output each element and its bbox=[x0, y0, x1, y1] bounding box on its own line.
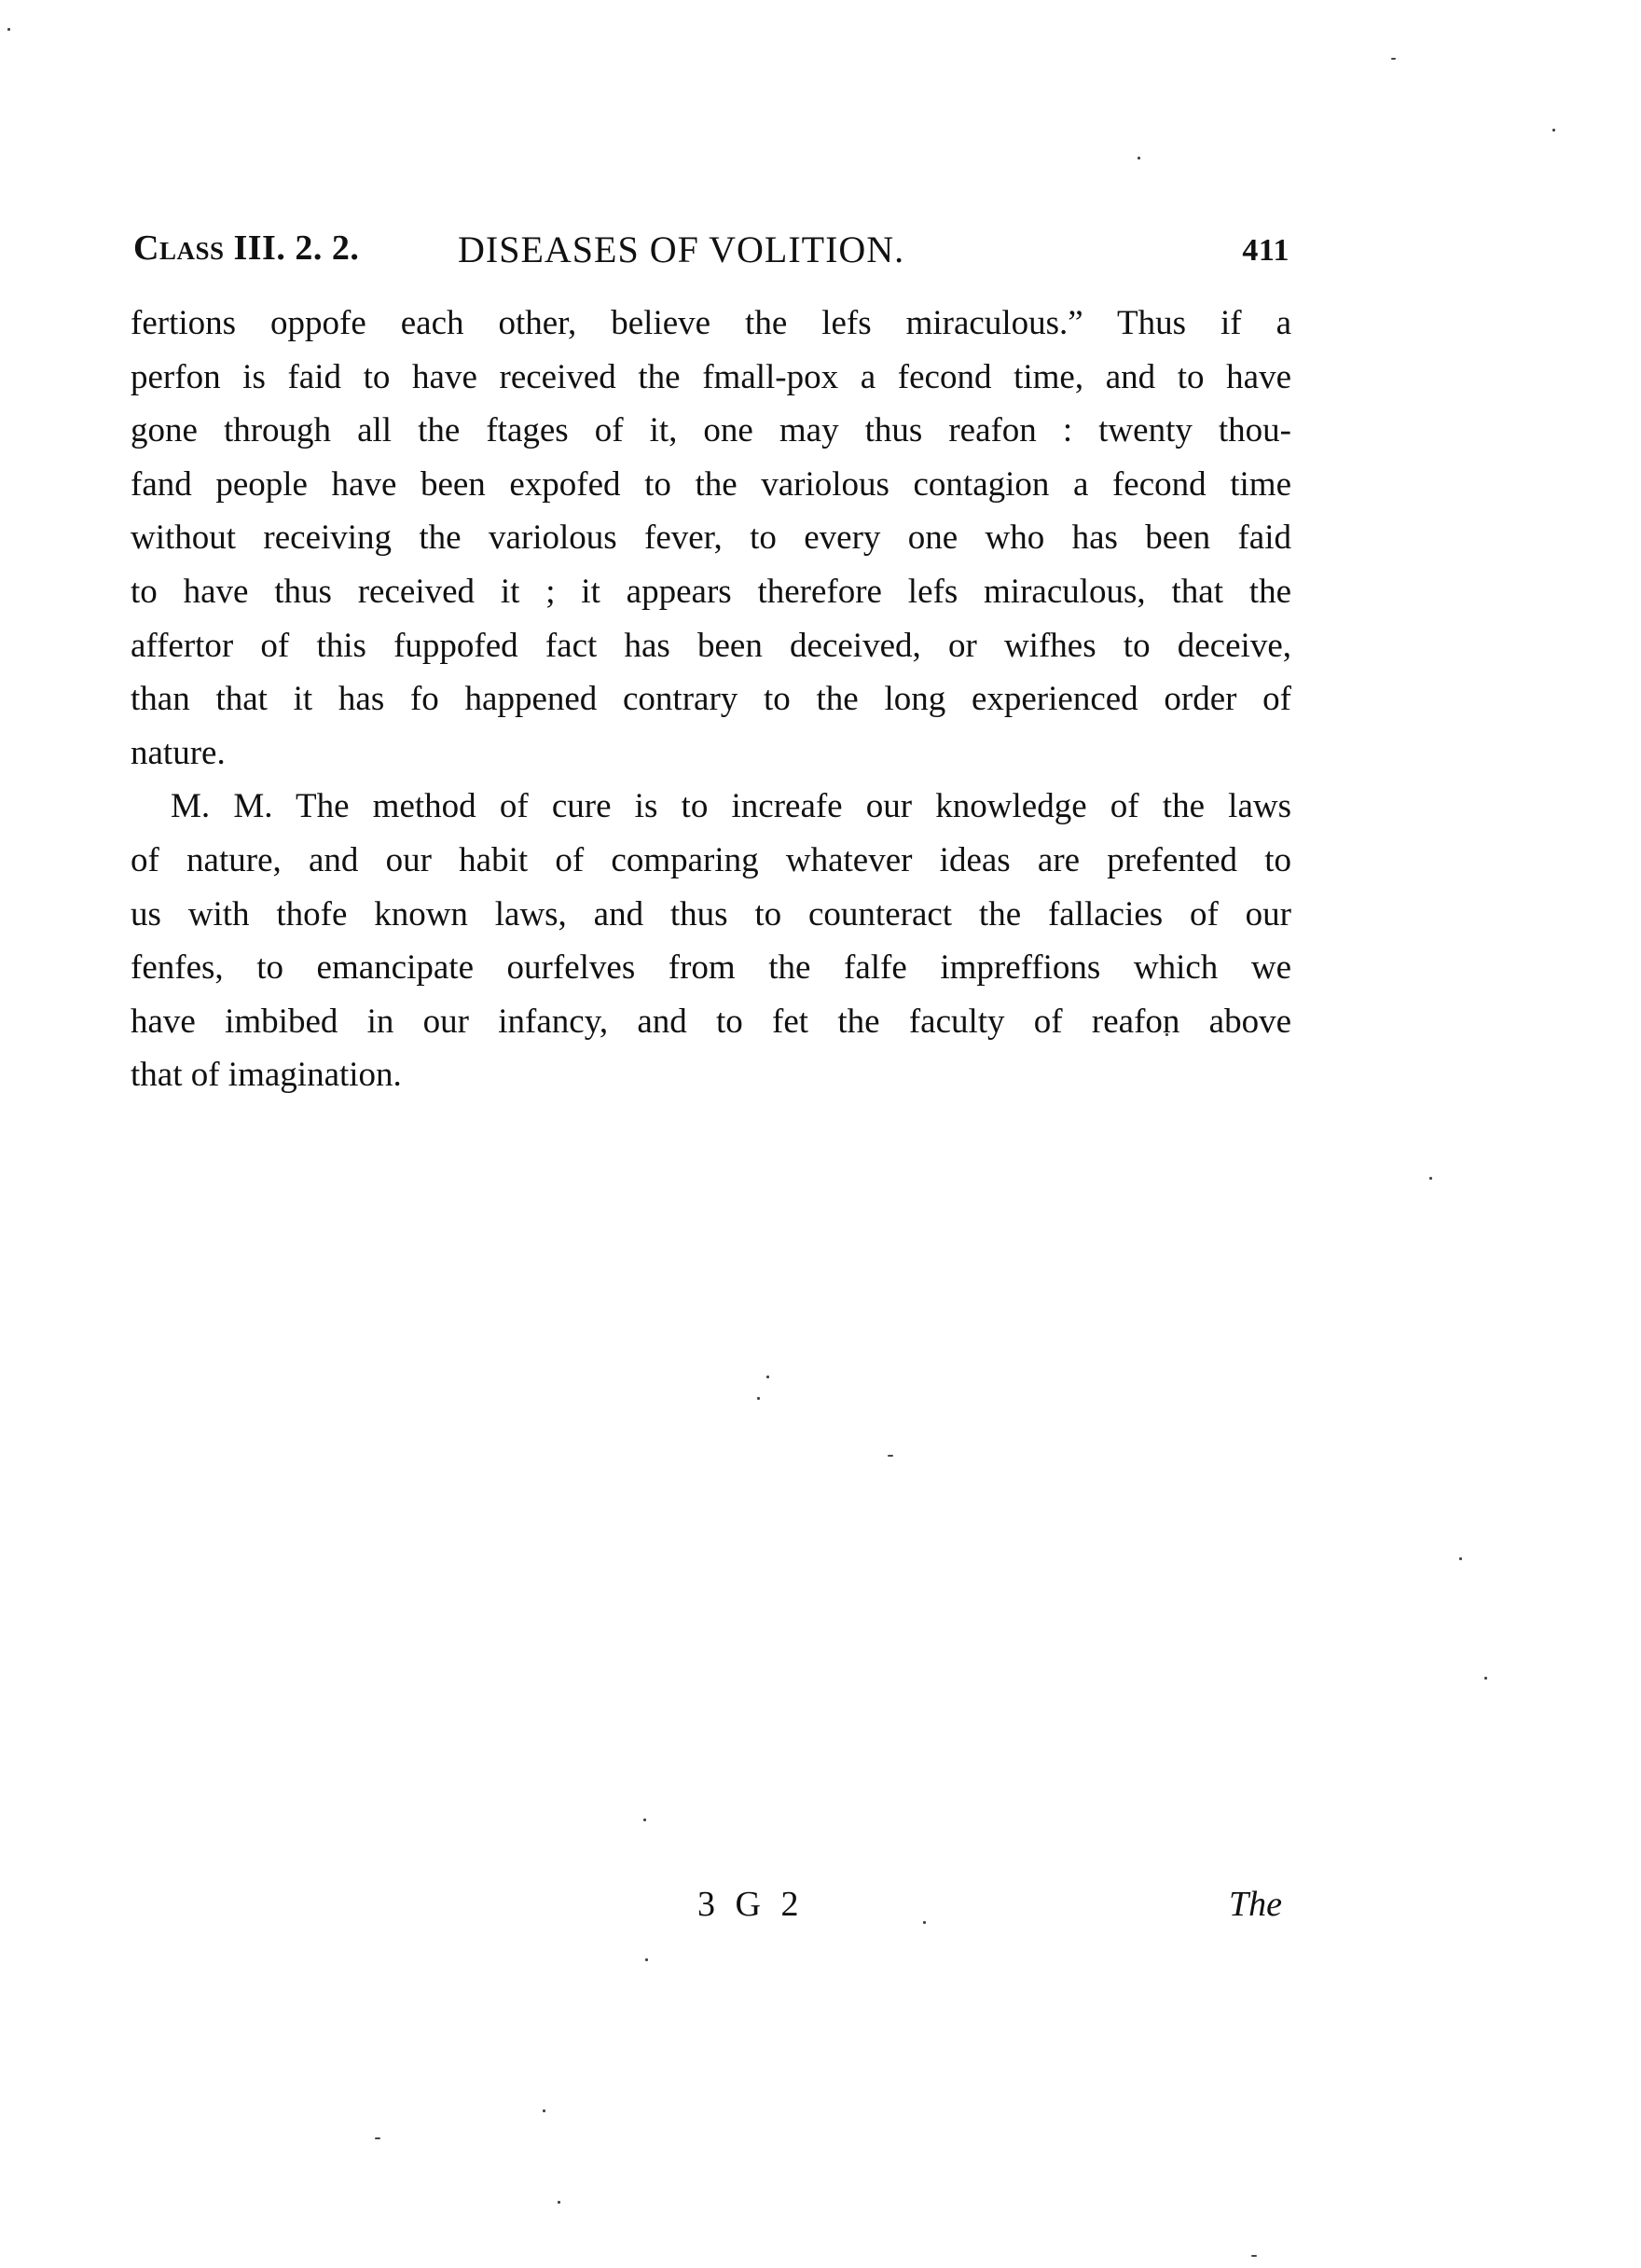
book-page: Class III. 2. 2. DISEASES OF VOLITION. 4… bbox=[0, 0, 1641, 2268]
page-number: 411 bbox=[1242, 233, 1289, 269]
text-line: have imbibed in our infancy, and to fet … bbox=[131, 995, 1291, 1049]
scan-speck bbox=[643, 1819, 646, 1821]
catchword: The bbox=[1229, 1884, 1282, 1925]
text-line: to have thus received it ; it appears th… bbox=[131, 565, 1291, 619]
text-line: that of imagination. bbox=[131, 1048, 1291, 1102]
text-line: fenfes, to emancipate ourfelves from the… bbox=[131, 941, 1291, 995]
scan-speck bbox=[375, 2137, 380, 2139]
text-line: fertions oppofe each other, believe the … bbox=[131, 297, 1291, 351]
scan-speck bbox=[766, 1376, 769, 1378]
body-text: fertions oppofe each other, believe the … bbox=[131, 297, 1291, 1102]
scan-speck bbox=[1165, 1033, 1168, 1036]
text-line: M. M. The method of cure is to increafe … bbox=[131, 780, 1291, 834]
scan-speck bbox=[558, 2201, 560, 2204]
text-line: affertor of this fuppofed fact has been … bbox=[131, 619, 1291, 673]
text-line: perfon is faid to have received the fmal… bbox=[131, 351, 1291, 405]
scan-speck bbox=[888, 1455, 893, 1457]
page-footer: 3 G 2 The bbox=[0, 1884, 1641, 1940]
scan-speck bbox=[1429, 1177, 1432, 1180]
scan-speck bbox=[757, 1397, 760, 1400]
text-line: gone through all the ftages of it, one m… bbox=[131, 404, 1291, 458]
text-line: fand people have been expofed to the var… bbox=[131, 458, 1291, 512]
scan-speck bbox=[1391, 58, 1396, 60]
text-line: without receiving the variolous fever, t… bbox=[131, 511, 1291, 565]
scan-speck bbox=[1552, 129, 1555, 131]
running-head: Class III. 2. 2. DISEASES OF VOLITION. 4… bbox=[133, 228, 1289, 274]
scan-speck bbox=[645, 1958, 648, 1961]
scan-speck bbox=[1459, 1557, 1462, 1560]
signature-mark: 3 G 2 bbox=[697, 1884, 804, 1925]
text-line: us with thofe known laws, and thus to co… bbox=[131, 888, 1291, 942]
scan-speck bbox=[1484, 1677, 1487, 1680]
scan-speck bbox=[7, 28, 10, 31]
scan-speck bbox=[543, 2109, 545, 2112]
text-line: than that it has fo happened contrary to… bbox=[131, 672, 1291, 726]
page-title: DISEASES OF VOLITION. bbox=[458, 228, 904, 271]
text-line: of nature, and our habit of comparing wh… bbox=[131, 834, 1291, 888]
scan-speck bbox=[1251, 2255, 1257, 2257]
class-label: Class III. 2. 2. bbox=[133, 228, 359, 269]
scan-speck bbox=[1138, 157, 1140, 159]
scan-speck bbox=[923, 1921, 926, 1924]
text-line: nature. bbox=[131, 726, 1291, 781]
